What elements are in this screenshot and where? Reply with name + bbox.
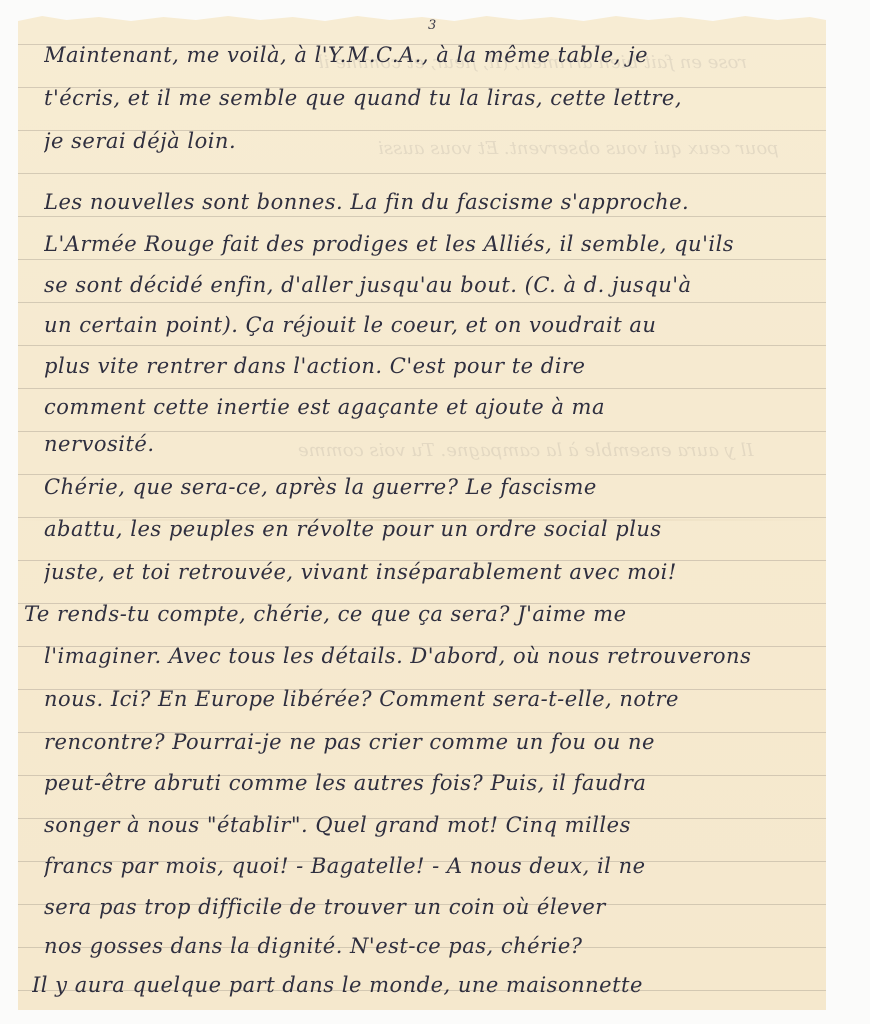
letter-line: juste, et toi retrouvée, vivant insépara… <box>44 559 834 585</box>
letter-line: Te rends-tu compte, chérie, ce que ça se… <box>24 601 814 627</box>
letter-line: peut-être abruti comme les autres fois? … <box>44 770 834 796</box>
ruled-line <box>18 173 826 174</box>
letter-line: nos gosses dans la dignité. N'est-ce pas… <box>44 933 834 959</box>
ruled-line <box>18 216 826 217</box>
letter-line: sera pas trop difficile de trouver un co… <box>44 894 834 920</box>
letter-line: comment cette inertie est agaçante et aj… <box>44 394 834 420</box>
ruled-line <box>18 302 826 303</box>
page-number: 3 <box>428 18 436 33</box>
letter-line: se sont décidé enfin, d'aller jusqu'au b… <box>44 272 834 298</box>
letter-line: plus vite rentrer dans l'action. C'est p… <box>44 353 834 379</box>
letter-line: t'écris, et il me semble que quand tu la… <box>44 85 834 111</box>
ruled-line <box>18 259 826 260</box>
letter-line: francs par mois, quoi! - Bagatelle! - A … <box>44 853 834 879</box>
letter-line: L'Armée Rouge fait des prodiges et les A… <box>44 231 834 257</box>
letter-line: abattu, les peuples en révolte pour un o… <box>44 516 834 542</box>
letter-line: Il y aura quelque part dans le monde, un… <box>32 972 822 998</box>
letter-sheet: rose en fait bien arrimen, (Il, fleur, e… <box>18 16 826 1010</box>
ruled-line <box>18 345 826 346</box>
letter-line: nervosité. <box>44 431 834 457</box>
scanned-page: rose en fait bien arrimen, (Il, fleur, e… <box>0 0 870 1024</box>
letter-line: l'imaginer. Avec tous les détails. D'abo… <box>44 643 834 669</box>
letter-line: Chérie, que sera-ce, après la guerre? Le… <box>44 474 834 500</box>
ruled-line <box>18 388 826 389</box>
letter-line: rencontre? Pourrai-je ne pas crier comme… <box>44 729 834 755</box>
letter-line: songer à nous "établir". Quel grand mot!… <box>44 812 834 838</box>
letter-line: je serai déjà loin. <box>44 128 834 154</box>
letter-line: un certain point). Ça réjouit le coeur, … <box>44 312 834 338</box>
letter-line: Les nouvelles sont bonnes. La fin du fas… <box>44 189 834 215</box>
letter-line: Maintenant, me voilà, à l'Y.M.C.A., à la… <box>44 42 834 68</box>
letter-line: nous. Ici? En Europe libérée? Comment se… <box>44 686 834 712</box>
